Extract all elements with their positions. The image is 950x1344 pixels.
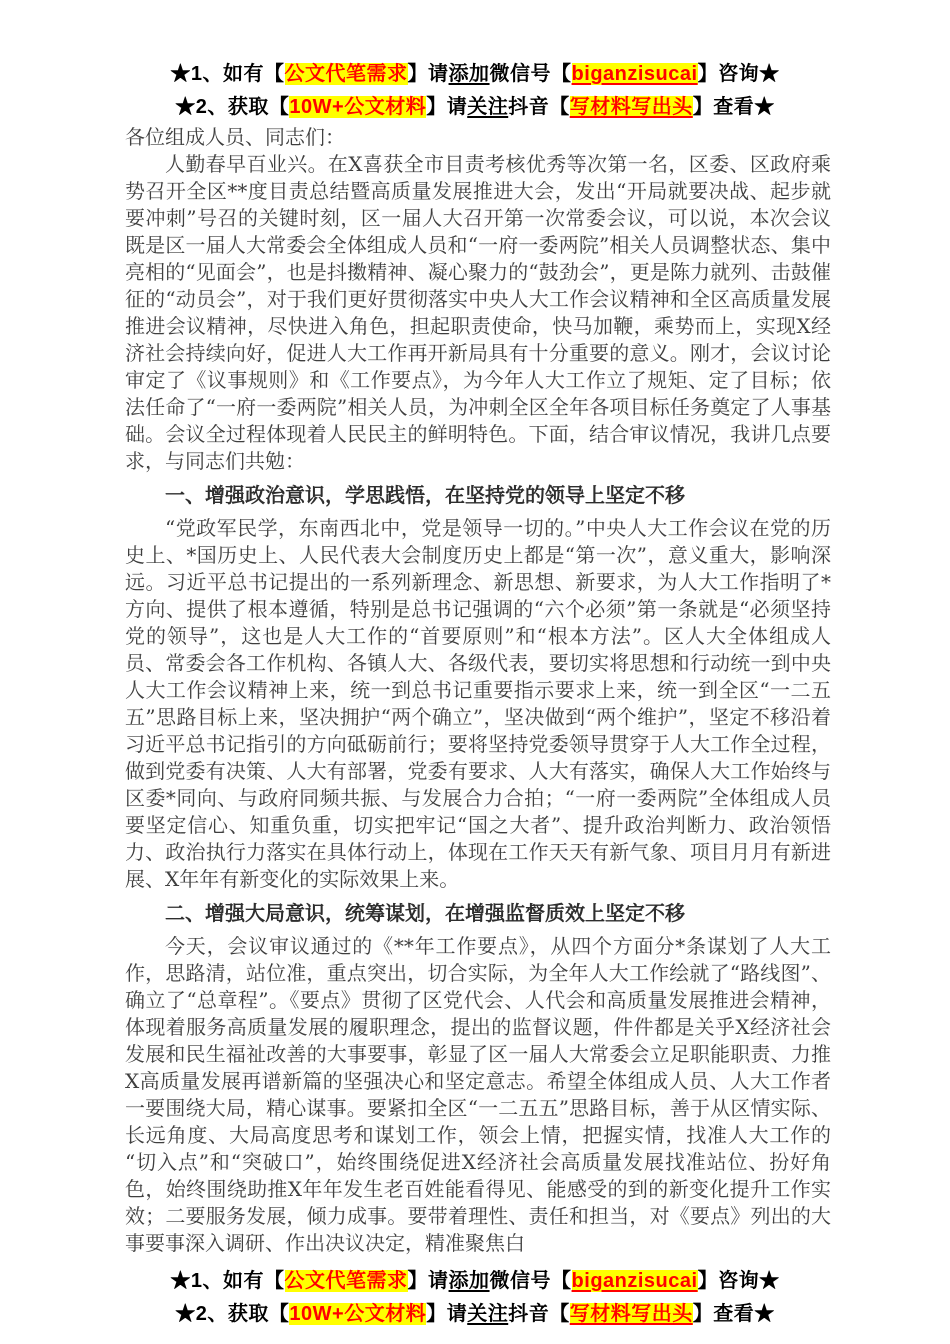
promo-text: 】咨询★	[698, 1270, 780, 1292]
section-1-heading: 一、增强政治意识，学思践悟，在坚持党的领导上坚定不移	[125, 483, 831, 510]
promo-text: ★1、如有【	[170, 63, 284, 85]
section-1-body: “党政军民学，东南西北中，党是领导一切的。”中央人大工作会议在党的历史上、*国历…	[125, 515, 831, 893]
promo-text: 抖音【	[508, 96, 570, 118]
promo-highlight: 10W+公文材料	[289, 1303, 426, 1325]
promo-line-1: ★1、如有【公文代笔需求】请添加微信号【biganzisucai】咨询★	[0, 1265, 950, 1298]
promo-highlight: 公文代笔需求	[285, 1270, 408, 1292]
promo-banner-bottom: ★1、如有【公文代笔需求】请添加微信号【biganzisucai】咨询★ ★2、…	[0, 1265, 950, 1331]
promo-text: 微信号【	[490, 1270, 572, 1292]
promo-action-text: 关注	[467, 96, 508, 118]
intro-paragraph: 人勤春早百业兴。在X喜获全市目责考核优秀等次第一名，区委、区政府乘势召开全区**…	[125, 151, 831, 475]
promo-line-2: ★2、获取【10W+公文材料】请关注抖音【写材料写出头】查看★	[0, 1298, 950, 1331]
promo-text: 】咨询★	[698, 63, 780, 85]
promo-text: 】请	[426, 1303, 467, 1325]
promo-wechat-id: biganzisucai	[572, 63, 698, 85]
promo-text: ★2、获取【	[175, 96, 289, 118]
promo-action-text: 关注	[467, 1303, 508, 1325]
promo-highlight: 10W+公文材料	[289, 96, 426, 118]
promo-text: 抖音【	[508, 1303, 570, 1325]
promo-banner-top: ★1、如有【公文代笔需求】请添加微信号【biganzisucai】咨询★ ★2、…	[0, 0, 950, 124]
promo-highlight: 公文代笔需求	[285, 63, 408, 85]
document-content: 各位组成人员、同志们： 人勤春早百业兴。在X喜获全市目责考核优秀等次第一名，区委…	[125, 124, 831, 1257]
promo-text: ★2、获取【	[175, 1303, 289, 1325]
promo-action-text: 添加	[449, 63, 490, 85]
promo-text: 】请	[426, 96, 467, 118]
section-2-heading: 二、增强大局意识，统筹谋划，在增强监督质效上坚定不移	[125, 901, 831, 928]
promo-text: ★1、如有【	[170, 1270, 284, 1292]
promo-text: 】查看★	[693, 96, 775, 118]
promo-text: 】请	[408, 1270, 449, 1292]
section-2-body: 今天，会议审议通过的《**年工作要点》，从四个方面分*条谋划了人大工作，思路清，…	[125, 933, 831, 1257]
salutation: 各位组成人员、同志们：	[125, 124, 831, 151]
promo-douyin-id: 写材料写出头	[570, 1303, 693, 1325]
promo-line-2: ★2、获取【10W+公文材料】请关注抖音【写材料写出头】查看★	[0, 91, 950, 124]
promo-wechat-id: biganzisucai	[572, 1270, 698, 1292]
promo-action-text: 添加	[449, 1270, 490, 1292]
promo-line-1: ★1、如有【公文代笔需求】请添加微信号【biganzisucai】咨询★	[0, 58, 950, 91]
document-page: ★1、如有【公文代笔需求】请添加微信号【biganzisucai】咨询★ ★2、…	[0, 0, 950, 1344]
promo-text: 微信号【	[490, 63, 572, 85]
promo-text: 】查看★	[693, 1303, 775, 1325]
promo-text: 】请	[408, 63, 449, 85]
promo-douyin-id: 写材料写出头	[570, 96, 693, 118]
